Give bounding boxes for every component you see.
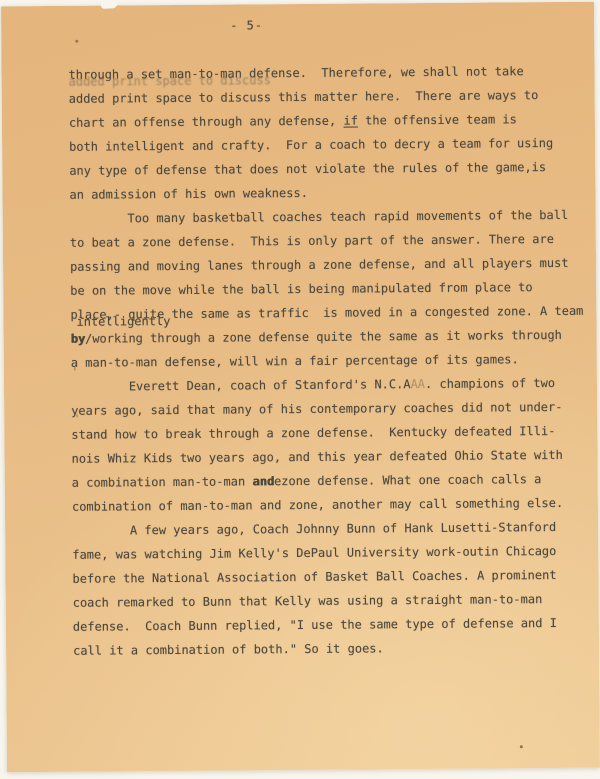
paper-speck (74, 367, 76, 371)
paper-speck (75, 40, 78, 43)
typewritten-page: - 5- through a set man-to-man defense. T… (1, 2, 600, 773)
erased-line: added print space to discuss (69, 74, 271, 88)
text-line: call it a combination of both." So it go… (73, 635, 589, 663)
scanned-page-background: - 5- through a set man-to-man defense. T… (0, 0, 600, 779)
typed-text: through a set man-to-man defense. Theref… (68, 59, 589, 663)
paper-speck (76, 414, 78, 418)
paper-tear-notch (101, 1, 117, 9)
inserted-word: intelligently (76, 315, 170, 328)
paper-speck (520, 745, 523, 748)
page-number: - 5- (230, 18, 263, 32)
